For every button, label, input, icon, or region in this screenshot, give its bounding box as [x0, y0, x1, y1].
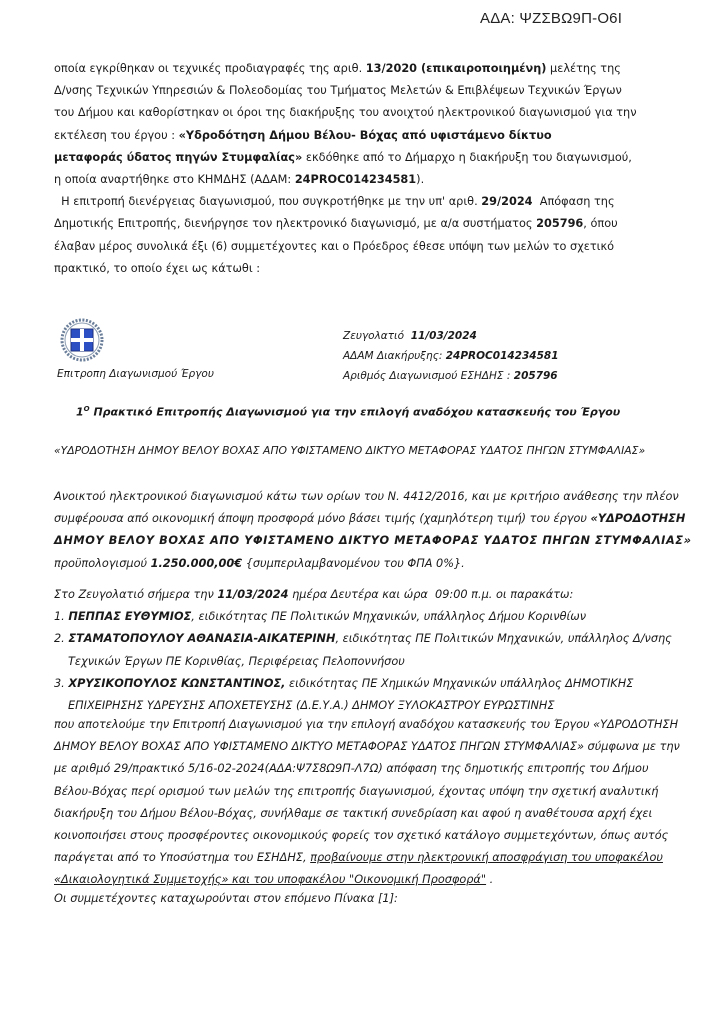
body-line: διακήρυξη του Δήμου Βέλου-Βόχας, συνήλθα… — [54, 803, 672, 825]
body-line: που αποτελούμε την Επιτροπή Διαγωνισμού … — [54, 714, 672, 736]
ada-reference: ΑΔΑ: ΨΖΣΒΩ9Π-Ο6Ι — [480, 10, 622, 27]
intro-line: Δημοτικής Επιτροπής, διενήργησε τον ηλεκ… — [54, 213, 672, 235]
intro-line: Η επιτροπή διενέργειας διαγωνισμού, που … — [54, 191, 672, 213]
committee-member-detail: Τεχνικών Έργων ΠΕ Κορινθίας, Περιφέρειας… — [54, 651, 672, 673]
minutes-title: 1Ο Πρακτικό Επιτροπής Διαγωνισμού για τη… — [76, 405, 620, 419]
body-line: ΔΗΜΟΥ ΒΕΛΟΥ ΒΟΧΑΣ ΑΠΟ ΥΦΙΣΤΑΜΕΝΟ ΔΙΚΤΥΟ … — [54, 736, 672, 758]
esidis-tender-number: Αριθμός Διαγωνισμού ΕΣΗΔΗΣ : 205796 — [343, 366, 558, 386]
meeting-place-date: Ζευγολατιό 11/03/2024 — [343, 326, 477, 346]
committee-member: 2. ΣΤΑΜΑΤΟΠΟΥΛΟΥ ΑΘΑΝΑΣΙΑ-ΑΙΚΑΤΕΡΙΝΗ, ει… — [54, 628, 672, 650]
intro-line: Δ/νσης Τεχνικών Υπηρεσιών & Πολεοδομίας … — [54, 80, 672, 102]
coat-of-arms-icon — [60, 318, 104, 362]
committee-member: 3. ΧΡΥΣΙΚΟΠΟΥΛΟΣ ΚΩΝΣΤΑΝΤΙΝΟΣ, ειδικότητ… — [54, 673, 672, 695]
intro-line: η οποία αναρτήθηκε στο ΚΗΜΔΗΣ (ΑΔΑΜ: 24P… — [54, 169, 672, 191]
body-line: κοινοποιήσει στους προσφέροντες οικονομι… — [54, 825, 672, 847]
project-title-quote: «ΥΔΡΟΔΟΤΗΣΗ ΔΗΜΟΥ ΒΕΛΟΥ ΒΟΧΑΣ ΑΠΟ ΥΦΙΣΤΑ… — [54, 440, 672, 462]
body-line: με αριθμό 29/πρακτικό 5/16-02-2024(ΑΔΑ:Ψ… — [54, 758, 672, 780]
body-paragraph: που αποτελούμε την Επιτροπή Διαγωνισμού … — [54, 714, 672, 892]
intro-line: μεταφοράς ύδατος πηγών Στυμφαλίας» εκδόθ… — [54, 147, 672, 169]
intro-line: εκτέλεση του έργου : «Υδροδότηση Δήμου Β… — [54, 125, 672, 147]
tender-line: Ανοικτού ηλεκτρονικού διαγωνισμού κάτω τ… — [54, 486, 672, 508]
intro-line: οποία εγκρίθηκαν οι τεχνικές προδιαγραφέ… — [54, 58, 672, 80]
intro-paragraph: οποία εγκρίθηκαν οι τεχνικές προδιαγραφέ… — [54, 58, 672, 280]
intro-line: πρακτικό, το οποίο έχει ως κάτωθι : — [54, 258, 672, 280]
meeting-paragraph: Στο Ζευγολατιό σήμερα την 11/03/2024 ημέ… — [54, 584, 672, 717]
committee-member: 1. ΠΕΠΠΑΣ ΕΥΘΥΜΙΟΣ, ειδικότητας ΠΕ Πολιτ… — [54, 606, 672, 628]
closing-sentence: Οι συμμετέχοντες καταχωρούνται στον επόμ… — [54, 888, 672, 910]
committee-caption: Επιτροπη Διαγωνισμού Έργου — [57, 368, 214, 380]
body-line: παράγεται από το Υποσύστημα του ΕΣΗΔΗΣ, … — [54, 847, 672, 869]
intro-line: του Δήμου και καθορίστηκαν οι όροι της δ… — [54, 102, 672, 124]
tender-line: συμφέρουσα από οικονομική άποψη προσφορά… — [54, 508, 672, 530]
intro-line: έλαβαν μέρος συνολικά έξι (6) συμμετέχον… — [54, 236, 672, 258]
body-line: Βέλου-Βόχας περί ορισμού των μελών της ε… — [54, 781, 672, 803]
meeting-intro: Στο Ζευγολατιό σήμερα την 11/03/2024 ημέ… — [54, 584, 672, 606]
tender-line: προϋπολογισμού 1.250.000,00€ {συμπεριλαμ… — [54, 553, 672, 575]
tender-line: ΔΗΜΟΥ ΒΕΛΟΥ ΒΟΧΑΣ ΑΠΟ ΥΦΙΣΤΑΜΕΝΟ ΔΙΚΤΥΟ … — [54, 530, 672, 552]
adam-declaration: ΑΔΑΜ Διακήρυξης: 24PROC014234581 — [343, 346, 559, 366]
tender-paragraph: Ανοικτού ηλεκτρονικού διαγωνισμού κάτω τ… — [54, 486, 672, 575]
